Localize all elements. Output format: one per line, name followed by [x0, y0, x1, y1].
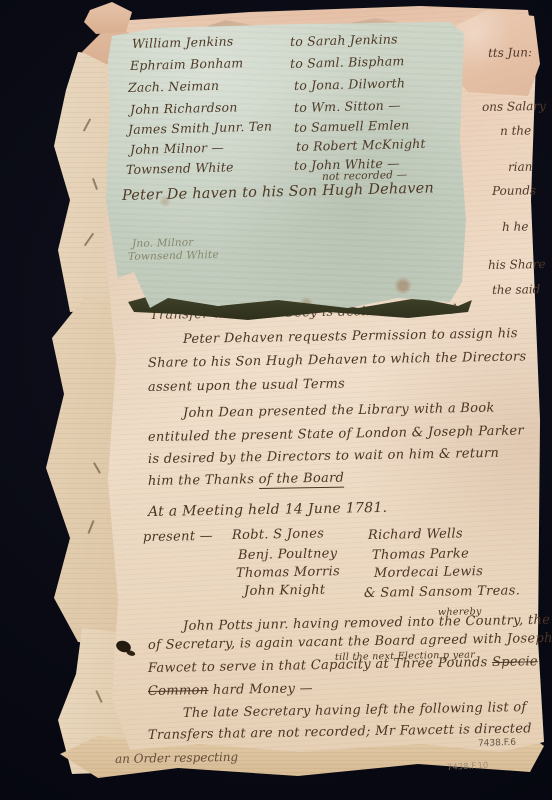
transfer-to: to Robert McKnight: [296, 136, 426, 154]
transfer-to: to Wm. Sitton —: [294, 97, 401, 115]
transfer-from: John Richardson: [130, 99, 238, 117]
transfer-to: to Samuell Emlen: [294, 117, 410, 135]
manuscript-scan: { "note": { "transfers": [ {"from": "Wil…: [0, 0, 552, 800]
transfer-from: William Jenkins: [132, 34, 234, 51]
transfer-from: Ephraim Bonham: [130, 55, 244, 73]
green-note-slip: William Jenkins to Sarah Jenkins Ephraim…: [98, 20, 470, 322]
dehaven-transfer-line: Peter De haven to his Son Hugh Dehaven: [122, 180, 434, 204]
transfer-to: to Sarah Jenkins: [290, 31, 398, 49]
transfer-from: Zach. Neiman: [128, 78, 220, 95]
transfer-from: James Smith Junr. Ten: [128, 118, 273, 137]
torn-pink-tab-top-left: [82, 2, 134, 36]
faint-memo-line: Jno. Milnor: [132, 236, 194, 250]
transfer-to: to Saml. Bispham: [290, 53, 405, 71]
transfer-to: to Jona. Dilworth: [294, 75, 406, 93]
transfer-from: Townsend White: [126, 159, 234, 177]
transfer-from: John Milnor —: [130, 140, 224, 157]
faint-memo-line: Townsend White: [128, 249, 219, 263]
